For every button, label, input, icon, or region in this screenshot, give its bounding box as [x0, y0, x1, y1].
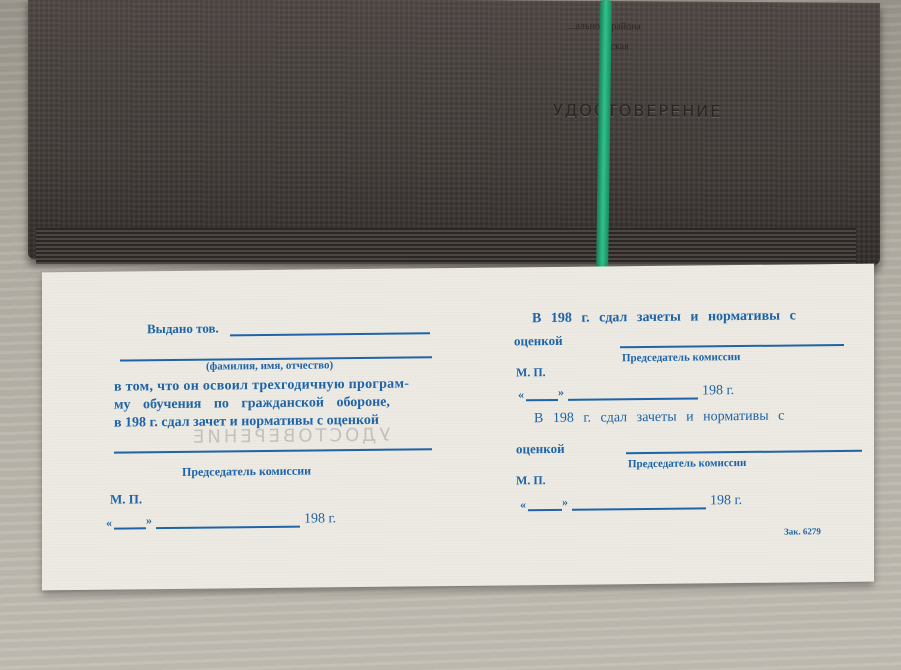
right-block-1-day-line — [526, 399, 558, 401]
date-day-line — [114, 527, 146, 529]
right-block-1-seal-label: М. П. — [516, 365, 546, 380]
body-line-1: в том, что он освоил трехгодичную програ… — [114, 377, 409, 396]
certificate-stack-covers: ...ального района ...ская УДОСТОВЕРЕНИЕ — [28, 0, 880, 265]
body-line-2: му обучения по гражданской обороне, — [114, 395, 390, 414]
right-block-2-day-line — [528, 509, 562, 511]
right-block-2-date-quote-open: « — [520, 497, 526, 512]
right-block-1-text: В 198 г. сдал зачеты и нормативы с — [532, 308, 796, 327]
date-year: 198 г. — [304, 511, 336, 527]
right-block-2-date-quote-close: » — [562, 495, 568, 510]
right-block-2-year: 198 г. — [710, 493, 742, 509]
stack-page-edges — [36, 228, 856, 264]
cover-texture — [28, 0, 880, 265]
date-quote-close: » — [146, 513, 152, 528]
chairman-label: Председатель комиссии — [182, 464, 311, 480]
cover-title: УДОСТОВЕРЕНИЕ — [553, 101, 722, 121]
right-block-1-grade-label: оценкой — [514, 333, 563, 350]
right-block-1-year: 198 г. — [702, 383, 734, 399]
order-number: Зак. 6279 — [784, 526, 821, 536]
issued-to-label: Выдано тов. — [147, 321, 219, 338]
right-block-1-date-quote-close: » — [558, 385, 564, 400]
certificate-form-card: Выдано тов. (фамилия, имя, отчество) в т… — [42, 264, 874, 591]
right-block-2-seal-label: М. П. — [516, 473, 546, 488]
right-block-2-chairman-label: Председатель комиссии — [628, 457, 746, 470]
seal-label: М. П. — [110, 491, 142, 507]
right-block-2-text: В 198 г. сдал зачеты и нормативы с — [534, 409, 784, 428]
name-hint: (фамилия, имя, отчество) — [206, 359, 333, 372]
right-block-1-chairman-label: Председатель комиссии — [622, 351, 740, 364]
mirrored-imprint: УДОСТОВЕРЕНИЕ — [190, 425, 390, 448]
right-block-2-grade-label: оценкой — [516, 441, 565, 458]
date-quote-open: « — [106, 516, 112, 531]
right-block-1-date-quote-open: « — [518, 387, 524, 402]
